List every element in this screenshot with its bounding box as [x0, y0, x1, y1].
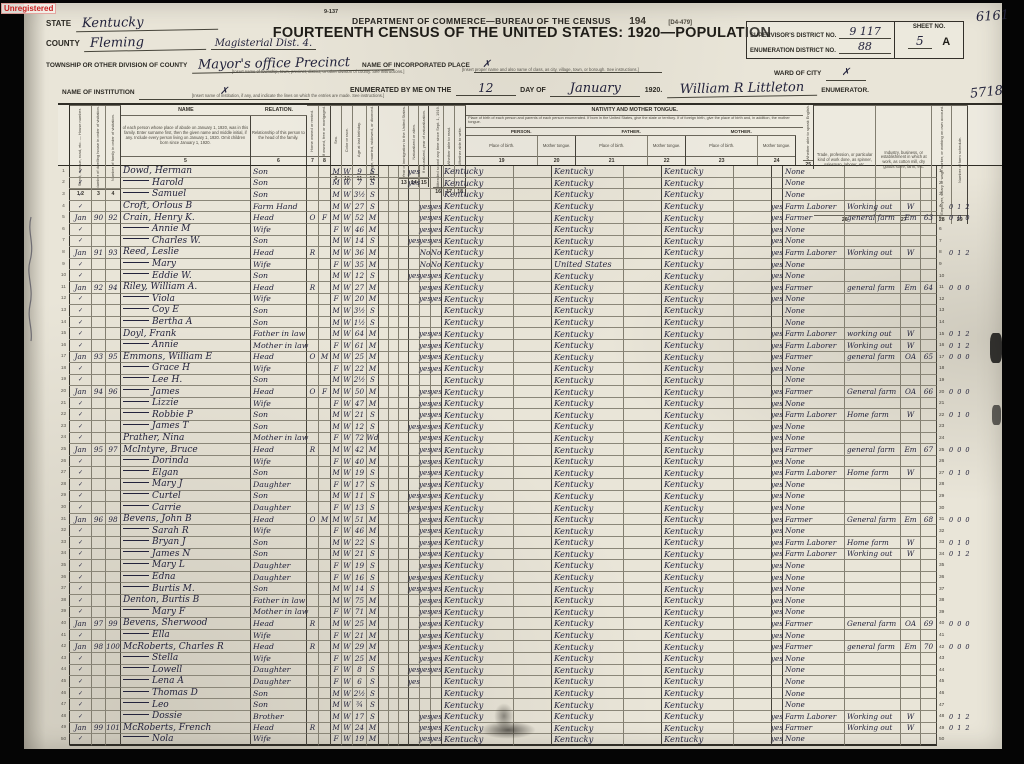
cell-age: 25: [353, 352, 367, 364]
cell-text: Mother in law: [253, 341, 308, 350]
cell-mother-mother-tongue: [734, 282, 772, 294]
cell-text: Jan: [75, 283, 87, 292]
cell-farm-schedule: [921, 224, 937, 236]
cell-industry: [845, 665, 901, 677]
cell-farm-schedule: [921, 247, 937, 259]
cell-text: No: [420, 260, 431, 269]
cell-text: Working out: [847, 341, 892, 350]
cell-employment-class: W: [901, 549, 921, 561]
cell-naturalization-year: [399, 467, 409, 479]
cell-occupation: Farmer: [783, 723, 845, 735]
cell-mother-birthplace: Kentucky: [662, 502, 734, 514]
cell-relation: Wife: [251, 525, 307, 537]
cell-text: Farm Laborer: [785, 468, 836, 477]
row-number-right: 38: [937, 595, 949, 607]
cell-name: Lee H.: [121, 375, 251, 387]
institution-label: NAME OF INSTITUTION: [62, 89, 135, 96]
column-group-citizenship: CITIZENSHIP.Year of immigration to the U…: [399, 105, 433, 165]
scanned-census-page: { "watermark": "Unregistered", "page": {…: [0, 0, 1024, 764]
row-number-right: 25: [937, 444, 949, 456]
cell-color-race: W: [342, 525, 353, 537]
cell-father-birthplace: Kentucky: [552, 340, 624, 352]
cell-industry: [845, 224, 901, 236]
cell-text: None: [785, 364, 805, 373]
cell-name: McIntyre, Bruce: [121, 444, 251, 456]
name-text: James: [152, 387, 179, 397]
cell-marital-status: M: [367, 398, 379, 410]
cell-father-mother-tongue: [624, 270, 662, 282]
cell-immigration-year: [379, 467, 389, 479]
cell-marital-status: S: [367, 537, 379, 549]
cell-text: 51: [355, 515, 364, 524]
cell-naturalized: [389, 212, 399, 224]
cell-able-write: yes: [431, 630, 442, 642]
cell-text: Kentucky: [664, 537, 703, 547]
cell-text: M: [369, 260, 376, 269]
cell-father-birthplace: Kentucky: [552, 444, 624, 456]
cell-family-number: [106, 178, 121, 190]
cell-able-write: yes: [431, 294, 442, 306]
sheet-letter: A: [942, 36, 950, 48]
corner-handwritten-number: 6161: [976, 8, 1010, 25]
cell-abode-check: ✓: [70, 317, 92, 329]
cell-text: 16: [355, 573, 364, 582]
cell-text: S: [370, 318, 375, 327]
cell-sex: M: [331, 491, 342, 503]
cell-text: 22: [355, 364, 364, 373]
cell-farm-schedule: [921, 398, 937, 410]
cell-farm-schedule: [921, 178, 937, 190]
cell-family-number: [106, 317, 121, 329]
cell-text: S: [370, 480, 375, 489]
cell-able-read: [420, 375, 431, 387]
census-row: 26✓DorindaWifeFW40MyesyesKentuckyKentuck…: [58, 456, 1002, 468]
cell-employment-class: [901, 699, 921, 711]
cell-text: Kentucky: [444, 375, 483, 385]
cell-attended-school: [409, 305, 420, 317]
cell-text: Son: [253, 410, 268, 419]
cell-occupation: None: [783, 699, 845, 711]
cell-text: Kentucky: [554, 166, 593, 176]
cell-text: Kentucky: [664, 329, 703, 339]
cell-mother-mother-tongue: [734, 398, 772, 410]
cell-naturalization-year: [399, 525, 409, 537]
tally-check-icon: ✓: [78, 295, 83, 302]
cell-immigration-year: [379, 201, 389, 213]
cell-text: yes: [430, 584, 442, 593]
census-row: 50✓NolaWifeFW19MyesyesKentuckyKentuckyKe…: [58, 734, 1002, 746]
cell-family-number: [106, 189, 121, 201]
cell-text: M: [332, 689, 339, 698]
cell-mother-mother-tongue: [734, 433, 772, 445]
cell-text: M: [369, 213, 376, 222]
row-number-right: 39: [937, 607, 949, 619]
cell-home-owned: [307, 294, 319, 306]
cell-text: S: [370, 306, 375, 315]
tally-check-icon: ✓: [78, 713, 83, 720]
cell-sex: M: [331, 375, 342, 387]
cell-naturalization-year: [399, 479, 409, 491]
row-number-left: 7: [58, 236, 70, 248]
cell-father-birthplace: Kentucky: [552, 502, 624, 514]
cell-abode-check: ✓: [70, 630, 92, 642]
cell-speaks-english: yes: [772, 653, 783, 665]
cell-naturalized: [389, 421, 399, 433]
cell-dwelling-number: 97: [92, 618, 106, 630]
margin-annotation: [949, 607, 971, 619]
margin-annotation: 0 0 0: [949, 352, 971, 364]
cell-text: Head: [253, 248, 274, 257]
cell-text: 63: [924, 213, 933, 222]
cell-free-mortgaged: [319, 201, 331, 213]
cell-text: Kentucky: [444, 189, 483, 199]
margin-annotation: [949, 502, 971, 514]
cell-father-mother-tongue: [624, 525, 662, 537]
cell-text: 2½: [354, 689, 366, 698]
cell-industry: [845, 653, 901, 665]
row-number-left: 19: [58, 375, 70, 387]
cell-person-mother-tongue: [514, 549, 552, 561]
cell-naturalized: [389, 178, 399, 190]
column-number: 22: [648, 156, 685, 165]
name-text: Bertha A: [152, 317, 192, 327]
cell-family-number: [106, 699, 121, 711]
cell-mother-mother-tongue: [734, 699, 772, 711]
cell-relation: Son: [251, 583, 307, 595]
cell-text: 97: [108, 445, 117, 454]
cell-age: 17: [353, 479, 367, 491]
cell-age: 3½: [353, 189, 367, 201]
cell-employment-class: Em: [901, 641, 921, 653]
cell-text: Kentucky: [444, 711, 483, 721]
cell-immigration-year: [379, 189, 389, 201]
name-text: Riley, William A.: [123, 282, 197, 292]
cell-abode-check: ✓: [70, 421, 92, 433]
cell-father-birthplace: Kentucky: [552, 270, 624, 282]
cell-free-mortgaged: [319, 398, 331, 410]
row-number-left: 25: [58, 444, 70, 456]
margin-annotation: [949, 630, 971, 642]
column-group-name: NAMEof each person whose place of abode …: [121, 105, 251, 165]
name-text: Nola: [152, 734, 174, 744]
name-text: Mary J: [152, 479, 182, 489]
cell-sex: M: [331, 247, 342, 259]
cell-text: Kentucky: [554, 387, 593, 397]
cell-occupation: None: [783, 491, 845, 503]
cell-speaks-english: yes: [772, 502, 783, 514]
cell-text: M: [369, 399, 376, 408]
cell-free-mortgaged: [319, 317, 331, 329]
cell-dwelling-number: 91: [92, 247, 106, 259]
name-text: Leo: [152, 700, 169, 710]
cell-speaks-english: [772, 688, 783, 700]
cell-free-mortgaged: [319, 444, 331, 456]
cell-text: Son: [253, 422, 268, 431]
cell-text: yes: [771, 260, 783, 269]
cell-father-mother-tongue: [624, 421, 662, 433]
cell-naturalized: [389, 363, 399, 375]
cell-home-owned: O: [307, 352, 319, 364]
cell-text: Kentucky: [444, 410, 483, 420]
cell-family-number: [106, 525, 121, 537]
cell-free-mortgaged: [319, 734, 331, 746]
cell-able-write: yes: [431, 212, 442, 224]
cell-text: Kentucky: [554, 329, 593, 339]
cell-home-owned: [307, 467, 319, 479]
cell-text: yes: [430, 329, 442, 338]
cell-occupation: Farm Laborer: [783, 340, 845, 352]
cell-farm-schedule: [921, 421, 937, 433]
row-number-left: 10: [58, 270, 70, 282]
census-row: 5Jan9092Crain, Henry K.HeadOFMW52Myesyes…: [58, 212, 1002, 224]
cell-text: W: [343, 480, 350, 489]
row-number-left: 22: [58, 409, 70, 421]
cell-text: Kentucky: [444, 514, 483, 524]
cell-text: None: [785, 399, 805, 408]
cell-person-mother-tongue: [514, 259, 552, 271]
cell-sex: M: [331, 549, 342, 561]
name-text: James N: [152, 549, 190, 559]
cell-free-mortgaged: [319, 583, 331, 595]
cell-industry: [845, 630, 901, 642]
cell-mother-birthplace: Kentucky: [662, 653, 734, 665]
cell-marital-status: M: [367, 352, 379, 364]
column-header-speaks-english: Whether able to speak English.25: [803, 105, 814, 169]
cell-father-birthplace: Kentucky: [552, 560, 624, 572]
cell-text: yes: [430, 213, 442, 222]
cell-text: W: [907, 549, 914, 558]
cell-age: 16: [353, 572, 367, 584]
cell-text: 46: [355, 526, 364, 535]
cell-naturalization-year: [399, 734, 409, 746]
cell-sex: M: [331, 699, 342, 711]
cell-family-number: [106, 572, 121, 584]
cell-employment-class: [901, 236, 921, 248]
cell-text: None: [785, 422, 805, 431]
cell-speaks-english: yes: [772, 734, 783, 746]
cell-age: 19: [353, 467, 367, 479]
cell-text: 1½: [354, 318, 366, 327]
cell-occupation: Farmer: [783, 212, 845, 224]
cell-text: Kentucky: [554, 676, 593, 686]
cell-person-mother-tongue: [514, 421, 552, 433]
cell-person-mother-tongue: [514, 676, 552, 688]
cell-mother-birthplace: Kentucky: [662, 525, 734, 537]
cell-text: 29: [355, 642, 364, 651]
name-text: Bevens, John B: [123, 514, 192, 524]
cell-speaks-english: yes: [772, 595, 783, 607]
cell-text: Wife: [253, 399, 271, 408]
cell-free-mortgaged: [319, 676, 331, 688]
cell-color-race: W: [342, 688, 353, 700]
cell-person-birthplace: Kentucky: [442, 456, 514, 468]
row-number-left: 13: [58, 305, 70, 317]
cell-text: Farm Laborer: [785, 410, 836, 419]
cell-text: None: [785, 607, 805, 616]
cell-farm-schedule: [921, 456, 937, 468]
cell-text: O: [310, 213, 316, 222]
cell-person-birthplace: Kentucky: [442, 386, 514, 398]
cell-sex: F: [331, 294, 342, 306]
cell-father-birthplace: Kentucky: [552, 398, 624, 410]
table-body: 1✓Dowd, HermanSonMW9SyesKentuckyKentucky…: [58, 166, 1002, 746]
cell-text: Home farm: [847, 410, 889, 419]
cell-text: M: [332, 596, 339, 605]
cell-father-birthplace: Kentucky: [552, 305, 624, 317]
cell-text: Kentucky: [664, 734, 703, 744]
name-text: Edna: [152, 572, 176, 582]
cell-text: 61: [355, 341, 364, 350]
census-row: 22✓Robbie PSonMW21SyesyesKentuckyKentuck…: [58, 409, 1002, 421]
cell-home-owned: [307, 572, 319, 584]
cell-occupation: None: [783, 259, 845, 271]
cell-text: 36: [355, 248, 364, 257]
cell-text: Kentucky: [664, 572, 703, 582]
cell-father-mother-tongue: [624, 363, 662, 375]
cell-color-race: W: [342, 479, 353, 491]
cell-person-birthplace: Kentucky: [442, 537, 514, 549]
cell-naturalized: [389, 224, 399, 236]
cell-family-number: [106, 688, 121, 700]
cell-relation: Son: [251, 270, 307, 282]
cell-text: Kentucky: [664, 723, 703, 733]
census-row: 1✓Dowd, HermanSonMW9SyesKentuckyKentucky…: [58, 166, 1002, 178]
cell-free-mortgaged: [319, 166, 331, 178]
cell-dwelling-number: [92, 433, 106, 445]
cell-able-read: [420, 676, 431, 688]
cell-free-mortgaged: [319, 630, 331, 642]
cell-sex: F: [331, 734, 342, 746]
cell-family-number: [106, 421, 121, 433]
cell-age: 17: [353, 711, 367, 723]
cell-text: Son: [253, 236, 268, 245]
row-number-right: 12: [937, 294, 949, 306]
cell-text: Son: [253, 700, 268, 709]
cell-naturalized: [389, 189, 399, 201]
cell-text: 92: [108, 213, 117, 222]
cell-text: Kentucky: [554, 282, 593, 292]
cell-sex: F: [331, 653, 342, 665]
census-row: 42Jan98100McRoberts, Charles RHeadRMW29M…: [58, 641, 1002, 653]
cell-text: yes: [771, 248, 783, 257]
cell-person-mother-tongue: [514, 456, 552, 468]
cell-text: None: [785, 734, 805, 743]
cell-marital-status: S: [367, 583, 379, 595]
cell-color-race: W: [342, 641, 353, 653]
cell-father-birthplace: Kentucky: [552, 178, 624, 190]
column-number: 7: [307, 156, 318, 165]
cell-person-mother-tongue: [514, 166, 552, 178]
cell-able-write: yes: [431, 340, 442, 352]
cell-name: Lizzie: [121, 398, 251, 410]
name-text: Crain, Henry K.: [123, 213, 195, 223]
cell-abode-check: ✓: [70, 734, 92, 746]
row-number-left: 1: [58, 166, 70, 178]
cell-name: Riley, William A.: [121, 282, 251, 294]
cell-speaks-english: [772, 676, 783, 688]
cell-farm-schedule: [921, 270, 937, 282]
cell-naturalized: [389, 641, 399, 653]
cell-sex: F: [331, 676, 342, 688]
cell-naturalization-year: [399, 618, 409, 630]
cell-person-mother-tongue: [514, 305, 552, 317]
cell-text: Son: [253, 468, 268, 477]
cell-home-owned: [307, 178, 319, 190]
cell-dwelling-number: 92: [92, 282, 106, 294]
cell-mother-birthplace: Kentucky: [662, 409, 734, 421]
cell-text: yes: [771, 619, 783, 628]
census-row: 27✓ElganSonMW19SyesyesKentuckyKentuckyKe…: [58, 467, 1002, 479]
cell-text: Kentucky: [444, 491, 483, 501]
census-row: 38✓Denton, Burtis BFather in lawMW75Myes…: [58, 595, 1002, 607]
cell-able-write: yes: [431, 433, 442, 445]
cell-name: Elgan: [121, 467, 251, 479]
row-number-right: 42: [937, 641, 949, 653]
cell-color-race: W: [342, 375, 353, 387]
cell-text: W: [343, 248, 350, 257]
ink-smudge: [494, 703, 514, 729]
cell-farm-schedule: [921, 294, 937, 306]
cell-text: F: [334, 457, 339, 466]
cell-text: yes: [771, 213, 783, 222]
cell-father-birthplace: Kentucky: [552, 456, 624, 468]
cell-farm-schedule: [921, 502, 937, 514]
name-text: Lizzie: [152, 398, 179, 408]
column-number: 6: [251, 156, 306, 165]
cell-color-race: W: [342, 433, 353, 445]
cell-color-race: W: [342, 236, 353, 248]
cell-free-mortgaged: [319, 270, 331, 282]
cell-home-owned: [307, 375, 319, 387]
cell-text: Kentucky: [444, 618, 483, 628]
cell-text: Kentucky: [554, 468, 593, 478]
cell-text: Em: [904, 642, 916, 651]
cell-age: 27: [353, 201, 367, 213]
cell-sex: M: [331, 514, 342, 526]
cell-text: 22: [355, 538, 364, 547]
cell-abode-check: ✓: [70, 305, 92, 317]
cell-mother-mother-tongue: [734, 665, 772, 677]
cell-home-owned: O: [307, 212, 319, 224]
cell-able-write: No: [431, 259, 442, 271]
cell-text: None: [785, 457, 805, 466]
cell-text: Kentucky: [554, 421, 593, 431]
cell-person-mother-tongue: [514, 212, 552, 224]
name-text: McRoberts, Charles R: [123, 642, 224, 652]
cell-naturalization-year: [399, 328, 409, 340]
cell-free-mortgaged: [319, 375, 331, 387]
cell-farm-schedule: 69: [921, 618, 937, 630]
cell-relation: Daughter: [251, 676, 307, 688]
cell-employment-class: W: [901, 409, 921, 421]
tally-check-icon: ✓: [78, 307, 83, 314]
cell-name: Mary F: [121, 607, 251, 619]
cell-mother-birthplace: Kentucky: [662, 340, 734, 352]
cell-able-write: [431, 676, 442, 688]
cell-text: yes: [771, 631, 783, 640]
margin-annotation: 0 0 0: [949, 514, 971, 526]
cell-industry: Working out: [845, 549, 901, 561]
census-table: PLACE OF ABODE.Street, avenue, road, etc…: [58, 103, 1002, 746]
cell-farm-schedule: [921, 665, 937, 677]
margin-annotation: [949, 525, 971, 537]
cell-person-mother-tongue: [514, 630, 552, 642]
cell-mother-mother-tongue: [734, 212, 772, 224]
cell-text: Kentucky: [554, 537, 593, 547]
cell-text: Kentucky: [554, 213, 593, 223]
cell-person-mother-tongue: [514, 189, 552, 201]
row-number-left: 31: [58, 514, 70, 526]
